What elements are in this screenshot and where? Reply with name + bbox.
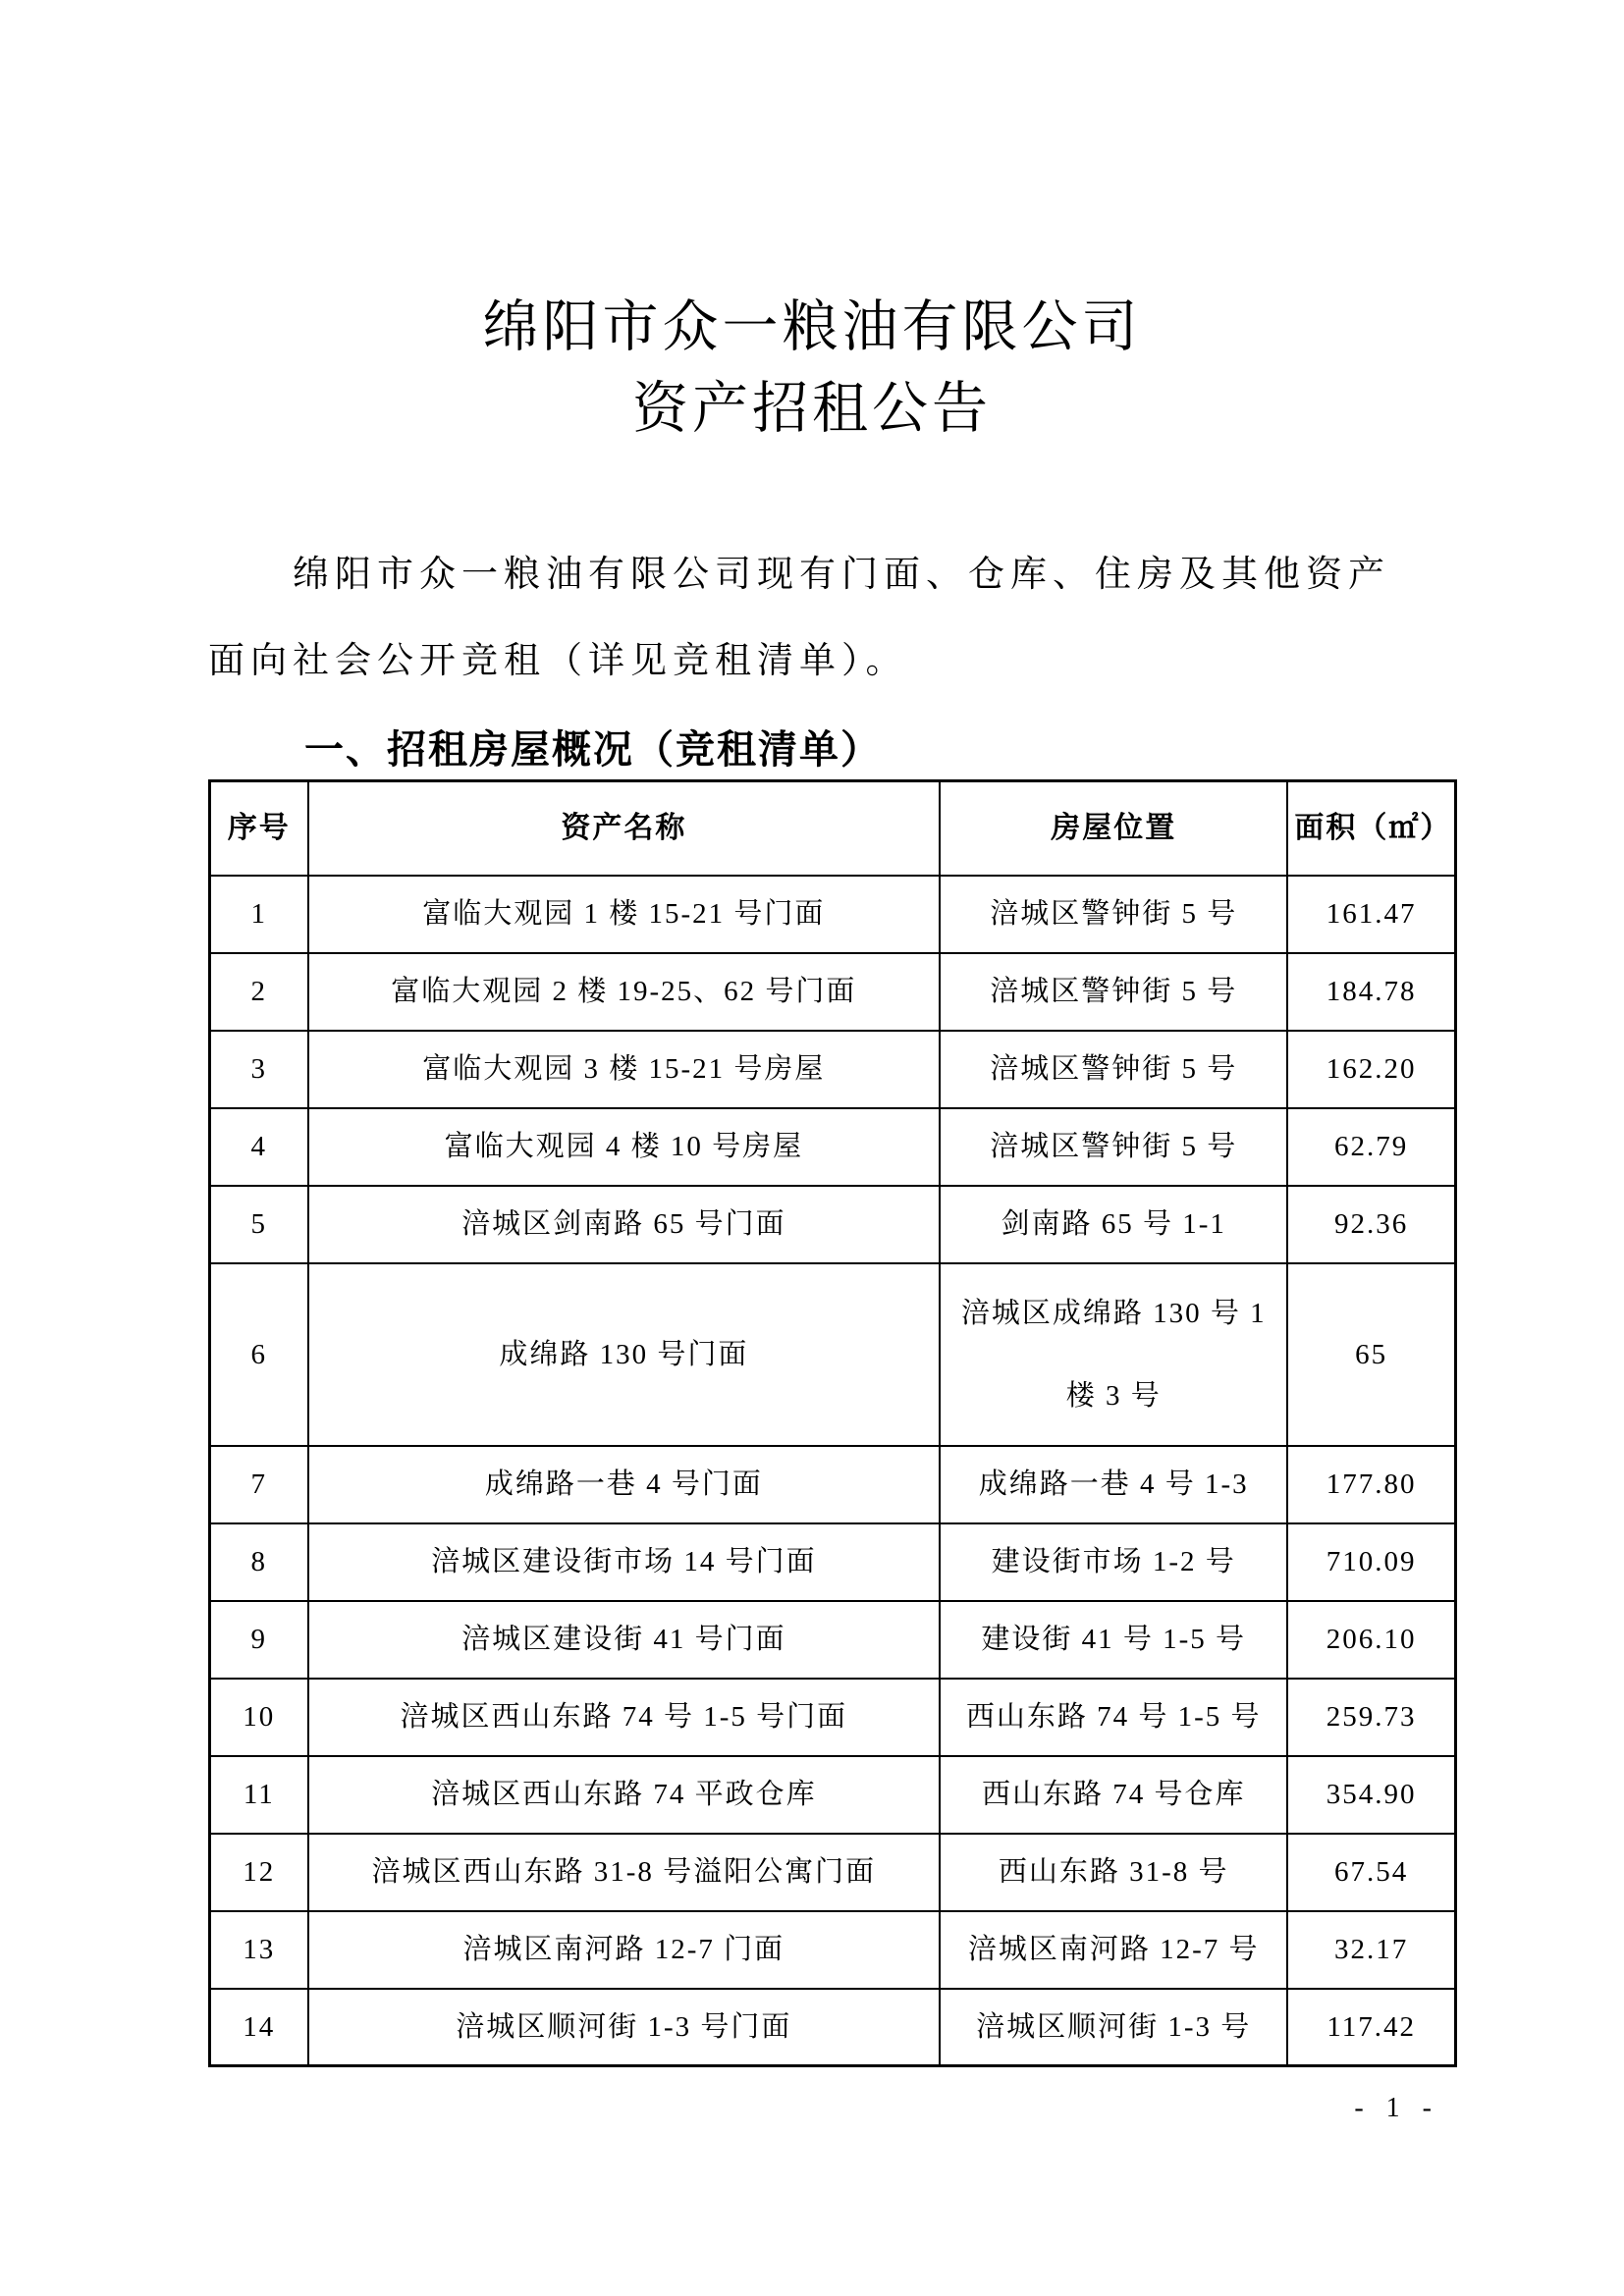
- cell-location: 西山东路 74 号仓库: [940, 1756, 1287, 1834]
- cell-no: 6: [210, 1263, 308, 1446]
- cell-location: 涪城区成绵路 130 号 1 楼 3 号: [940, 1263, 1287, 1446]
- table-row: 6 成绵路 130 号门面 涪城区成绵路 130 号 1 楼 3 号 65: [210, 1263, 1456, 1446]
- page-number: - 1 -: [1354, 2093, 1439, 2124]
- cell-no: 12: [210, 1834, 308, 1911]
- table-row: 3 富临大观园 3 楼 15-21 号房屋 涪城区警钟街 5 号 162.20: [210, 1031, 1456, 1108]
- cell-area: 162.20: [1287, 1031, 1455, 1108]
- cell-no: 10: [210, 1679, 308, 1756]
- table-header-row: 序号 资产名称 房屋位置 面积（㎡）: [210, 781, 1456, 876]
- cell-area: 117.42: [1287, 1989, 1455, 2066]
- cell-area: 354.90: [1287, 1756, 1455, 1834]
- cell-location: 西山东路 74 号 1-5 号: [940, 1679, 1287, 1756]
- cell-no: 8: [210, 1523, 308, 1601]
- cell-name: 涪城区南河路 12-7 门面: [308, 1911, 941, 1989]
- table-row: 10 涪城区西山东路 74 号 1-5 号门面 西山东路 74 号 1-5 号 …: [210, 1679, 1456, 1756]
- cell-name: 涪城区剑南路 65 号门面: [308, 1186, 941, 1263]
- page-title-line2: 资产招租公告: [0, 368, 1624, 450]
- cell-no: 9: [210, 1601, 308, 1679]
- cell-no: 1: [210, 876, 308, 953]
- cell-no: 2: [210, 953, 308, 1031]
- table-row: 8 涪城区建设街市场 14 号门面 建设街市场 1-2 号 710.09: [210, 1523, 1456, 1601]
- table-row: 5 涪城区剑南路 65 号门面 剑南路 65 号 1-1 92.36: [210, 1186, 1456, 1263]
- table-row: 9 涪城区建设街 41 号门面 建设街 41 号 1-5 号 206.10: [210, 1601, 1456, 1679]
- document-title: 绵阳市众一粮油有限公司 资产招租公告: [0, 0, 1624, 450]
- cell-location: 涪城区警钟街 5 号: [940, 953, 1287, 1031]
- cell-name: 涪城区西山东路 74 号 1-5 号门面: [308, 1679, 941, 1756]
- cell-location: 成绵路一巷 4 号 1-3: [940, 1446, 1287, 1523]
- table-row: 2 富临大观园 2 楼 19-25、62 号门面 涪城区警钟街 5 号 184.…: [210, 953, 1456, 1031]
- cell-name: 富临大观园 1 楼 15-21 号门面: [308, 876, 941, 953]
- cell-location: 涪城区警钟街 5 号: [940, 876, 1287, 953]
- section-heading: 一、招租房屋概况（竞租清单）: [304, 728, 1624, 772]
- table-row: 4 富临大观园 4 楼 10 号房屋 涪城区警钟街 5 号 62.79: [210, 1108, 1456, 1186]
- table-row: 12 涪城区西山东路 31-8 号溢阳公寓门面 西山东路 31-8 号 67.5…: [210, 1834, 1456, 1911]
- cell-area: 67.54: [1287, 1834, 1455, 1911]
- cell-area: 206.10: [1287, 1601, 1455, 1679]
- cell-location: 涪城区警钟街 5 号: [940, 1031, 1287, 1108]
- cell-no: 4: [210, 1108, 308, 1186]
- cell-area: 177.80: [1287, 1446, 1455, 1523]
- cell-name: 涪城区西山东路 31-8 号溢阳公寓门面: [308, 1834, 941, 1911]
- table-row: 13 涪城区南河路 12-7 门面 涪城区南河路 12-7 号 32.17: [210, 1911, 1456, 1989]
- assets-table: 序号 资产名称 房屋位置 面积（㎡） 1 富临大观园 1 楼 15-21 号门面…: [208, 779, 1457, 2067]
- cell-location: 剑南路 65 号 1-1: [940, 1186, 1287, 1263]
- col-header-area: 面积（㎡）: [1287, 781, 1455, 876]
- cell-no: 7: [210, 1446, 308, 1523]
- intro-paragraph-line1: 绵阳市众一粮油有限公司现有门面、仓库、住房及其他资产: [208, 532, 1457, 618]
- cell-area: 161.47: [1287, 876, 1455, 953]
- table-row: 14 涪城区顺河街 1-3 号门面 涪城区顺河街 1-3 号 117.42: [210, 1989, 1456, 2066]
- cell-name: 成绵路 130 号门面: [308, 1263, 941, 1446]
- intro-paragraph-line2: 面向社会公开竞租（详见竞租清单）。: [208, 618, 1457, 705]
- cell-name: 富临大观园 4 楼 10 号房屋: [308, 1108, 941, 1186]
- table-row: 7 成绵路一巷 4 号门面 成绵路一巷 4 号 1-3 177.80: [210, 1446, 1456, 1523]
- col-header-location: 房屋位置: [940, 781, 1287, 876]
- document-page: 绵阳市众一粮油有限公司 资产招租公告 绵阳市众一粮油有限公司现有门面、仓库、住房…: [0, 0, 1624, 2296]
- cell-name: 涪城区建设街市场 14 号门面: [308, 1523, 941, 1601]
- cell-area: 710.09: [1287, 1523, 1455, 1601]
- cell-name: 富临大观园 2 楼 19-25、62 号门面: [308, 953, 941, 1031]
- cell-location: 建设街 41 号 1-5 号: [940, 1601, 1287, 1679]
- cell-no: 5: [210, 1186, 308, 1263]
- cell-no: 11: [210, 1756, 308, 1834]
- cell-location: 涪城区顺河街 1-3 号: [940, 1989, 1287, 2066]
- cell-name: 成绵路一巷 4 号门面: [308, 1446, 941, 1523]
- cell-area: 184.78: [1287, 953, 1455, 1031]
- cell-area: 62.79: [1287, 1108, 1455, 1186]
- cell-area: 32.17: [1287, 1911, 1455, 1989]
- cell-location: 西山东路 31-8 号: [940, 1834, 1287, 1911]
- cell-name: 涪城区西山东路 74 平政仓库: [308, 1756, 941, 1834]
- table-row: 1 富临大观园 1 楼 15-21 号门面 涪城区警钟街 5 号 161.47: [210, 876, 1456, 953]
- page-title-line1: 绵阳市众一粮油有限公司: [0, 287, 1624, 368]
- cell-location: 涪城区南河路 12-7 号: [940, 1911, 1287, 1989]
- table-row: 11 涪城区西山东路 74 平政仓库 西山东路 74 号仓库 354.90: [210, 1756, 1456, 1834]
- col-header-name: 资产名称: [308, 781, 941, 876]
- cell-no: 3: [210, 1031, 308, 1108]
- cell-area: 65: [1287, 1263, 1455, 1446]
- cell-area: 92.36: [1287, 1186, 1455, 1263]
- cell-location: 涪城区警钟街 5 号: [940, 1108, 1287, 1186]
- cell-name: 富临大观园 3 楼 15-21 号房屋: [308, 1031, 941, 1108]
- col-header-no: 序号: [210, 781, 308, 876]
- cell-no: 13: [210, 1911, 308, 1989]
- cell-name: 涪城区建设街 41 号门面: [308, 1601, 941, 1679]
- cell-no: 14: [210, 1989, 308, 2066]
- cell-location: 建设街市场 1-2 号: [940, 1523, 1287, 1601]
- cell-area: 259.73: [1287, 1679, 1455, 1756]
- cell-name: 涪城区顺河街 1-3 号门面: [308, 1989, 941, 2066]
- intro-paragraph: 绵阳市众一粮油有限公司现有门面、仓库、住房及其他资产 面向社会公开竞租（详见竞租…: [208, 532, 1457, 705]
